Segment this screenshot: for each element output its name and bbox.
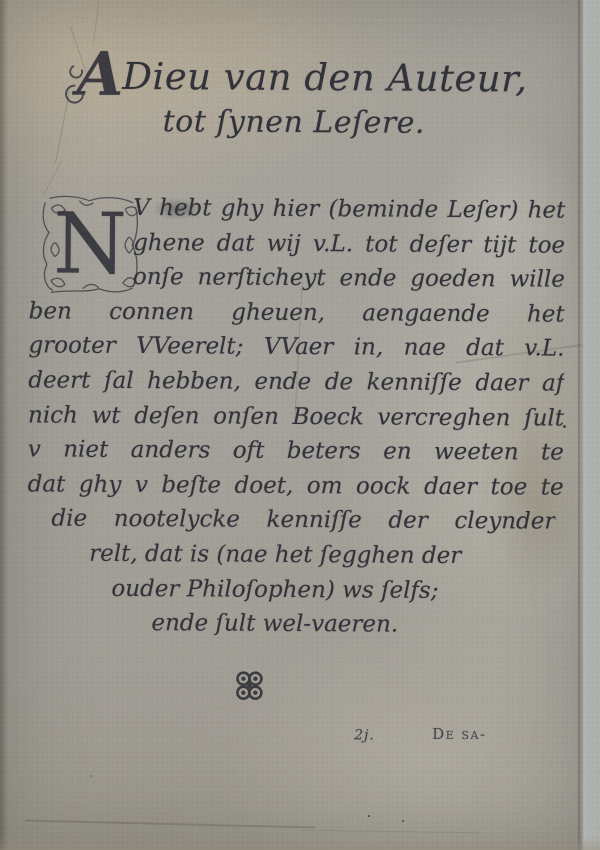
body-line: V hebt ghy hier (beminde Leſer) het	[133, 191, 565, 228]
quire-signature: 2j.	[354, 727, 375, 743]
body-line: onſe nerſticheyt ende goeden wille heb=	[133, 260, 565, 297]
body-line: deert ſal hebben, ende de kenniſſe daer …	[28, 363, 564, 401]
book-page-photo: ADieu van den Auteur, tot ſynen Leſere.	[0, 0, 600, 850]
printer-ornament-icon	[232, 668, 266, 704]
heading-line-1-text: Dieu van den Auteur,	[122, 55, 528, 100]
printed-text-layer: ADieu van den Auteur, tot ſynen Leſere.	[0, 0, 600, 850]
body-line: grooter VVeerelt; VVaer in, nae dat v.L.…	[28, 329, 564, 367]
body-line: relt, dat is (nae het ſegghen der	[27, 536, 563, 574]
body-line: ben connen gheuen, aengaende het beſchry…	[29, 294, 565, 332]
body-line: ghene dat wij v.L. tot deſer tijt toe me…	[133, 226, 565, 263]
page-edge-bottom	[0, 836, 600, 850]
body-line: die nootelycke kenniſſe der cleynder VVe…	[51, 502, 555, 540]
catchword: De ſa-	[432, 725, 486, 743]
page-edge-left	[0, 0, 8, 850]
body-line: dat ghy v beſte doet, om oock daer toe t…	[28, 467, 564, 505]
body-line: ouder Philoſophen) ws ſelfs;	[27, 571, 563, 609]
page-heading: ADieu van den Auteur, tot ſynen Leſere.	[2, 54, 600, 142]
page-edge-right	[578, 0, 600, 850]
body-line: nich wt deſen onſen Boeck vercreghen ſul…	[28, 398, 564, 436]
body-line: v niet anders oft beters en weeten te we…	[28, 432, 564, 470]
body-line: ende ſult wel-vaeren.	[27, 605, 563, 643]
body-text: V hebt ghy hier (beminde Leſer) het ghen…	[27, 190, 566, 643]
heading-line-1: ADieu van den Auteur,	[2, 54, 600, 101]
